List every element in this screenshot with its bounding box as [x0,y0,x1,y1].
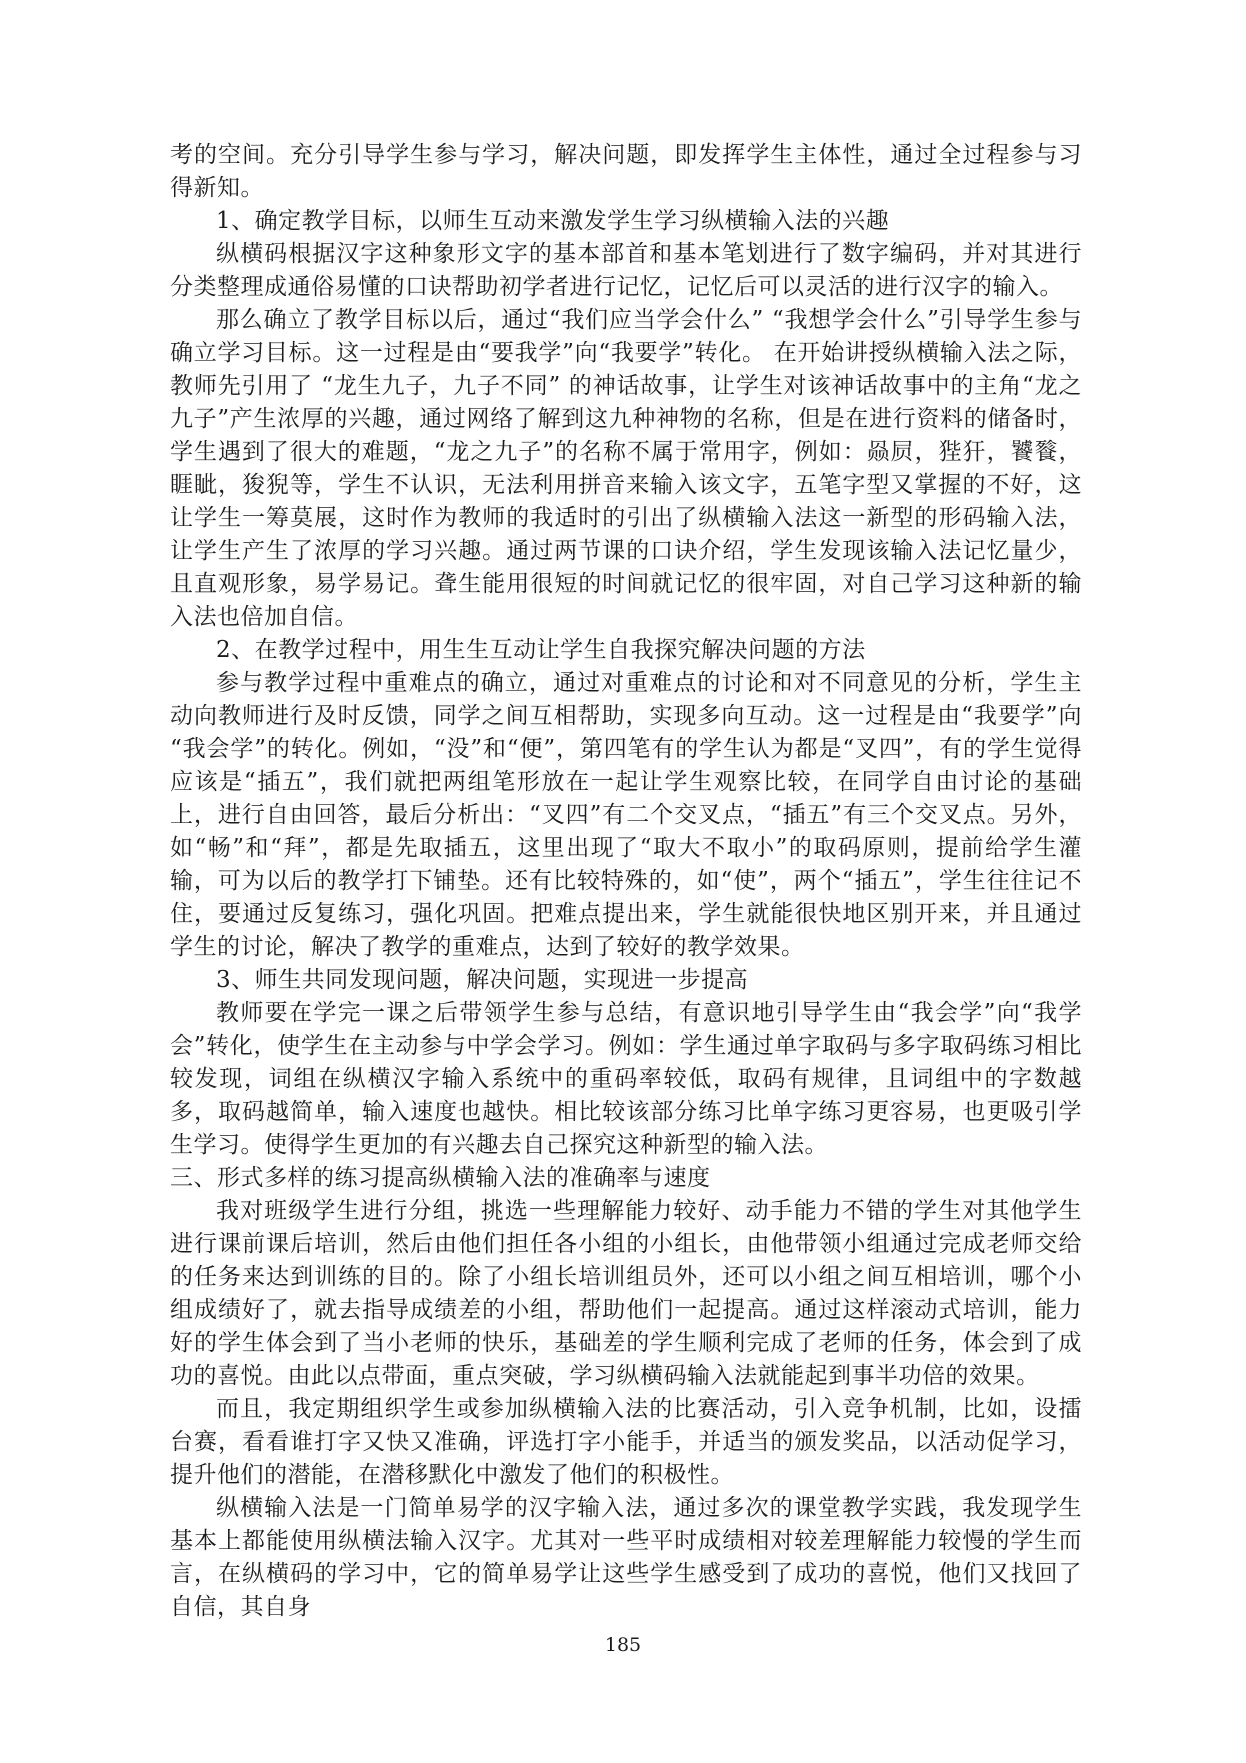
section-heading: 2、在教学过程中，用生生互动让学生自我探究解决问题的方法 [170,634,1082,667]
paragraph: 纵横码根据汉字这种象形文字的基本部首和基本笔划进行了数字编码，并对其进行分类整理… [170,238,1082,304]
section-heading: 三、形式多样的练习提高纵横输入法的准确率与速度 [170,1162,1082,1195]
section-heading: 3、师生共同发现问题，解决问题，实现进一步提高 [170,964,1082,997]
document-page: 考的空间。充分引导学生参与学习，解决问题，即发挥学生主体性，通过全过程参与习得新… [0,0,1246,1763]
paragraph: 考的空间。充分引导学生参与学习，解决问题，即发挥学生主体性，通过全过程参与习得新… [170,139,1082,205]
paragraph: 参与教学过程中重难点的确立，通过对重难点的讨论和对不同意见的分析，学生主动向教师… [170,667,1082,964]
document-body: 考的空间。充分引导学生参与学习，解决问题，即发挥学生主体性，通过全过程参与习得新… [170,139,1082,1624]
paragraph: 教师要在学完一课之后带领学生参与总结，有意识地引导学生由“我会学”向“我学会”转… [170,997,1082,1162]
section-heading: 1、确定教学目标，以师生互动来激发学生学习纵横输入法的兴趣 [170,205,1082,238]
paragraph: 我对班级学生进行分组，挑选一些理解能力较好、动手能力不错的学生对其他学生进行课前… [170,1195,1082,1393]
paragraph: 纵横输入法是一门简单易学的汉字输入法，通过多次的课堂教学实践，我发现学生基本上都… [170,1492,1082,1624]
page-number: 185 [0,1633,1246,1657]
paragraph: 而且，我定期组织学生或参加纵横输入法的比赛活动，引入竞争机制，比如，设擂台赛，看… [170,1393,1082,1492]
paragraph: 那么确立了教学目标以后，通过“我们应当学会什么” “我想学会什么”引导学生参与确… [170,304,1082,634]
